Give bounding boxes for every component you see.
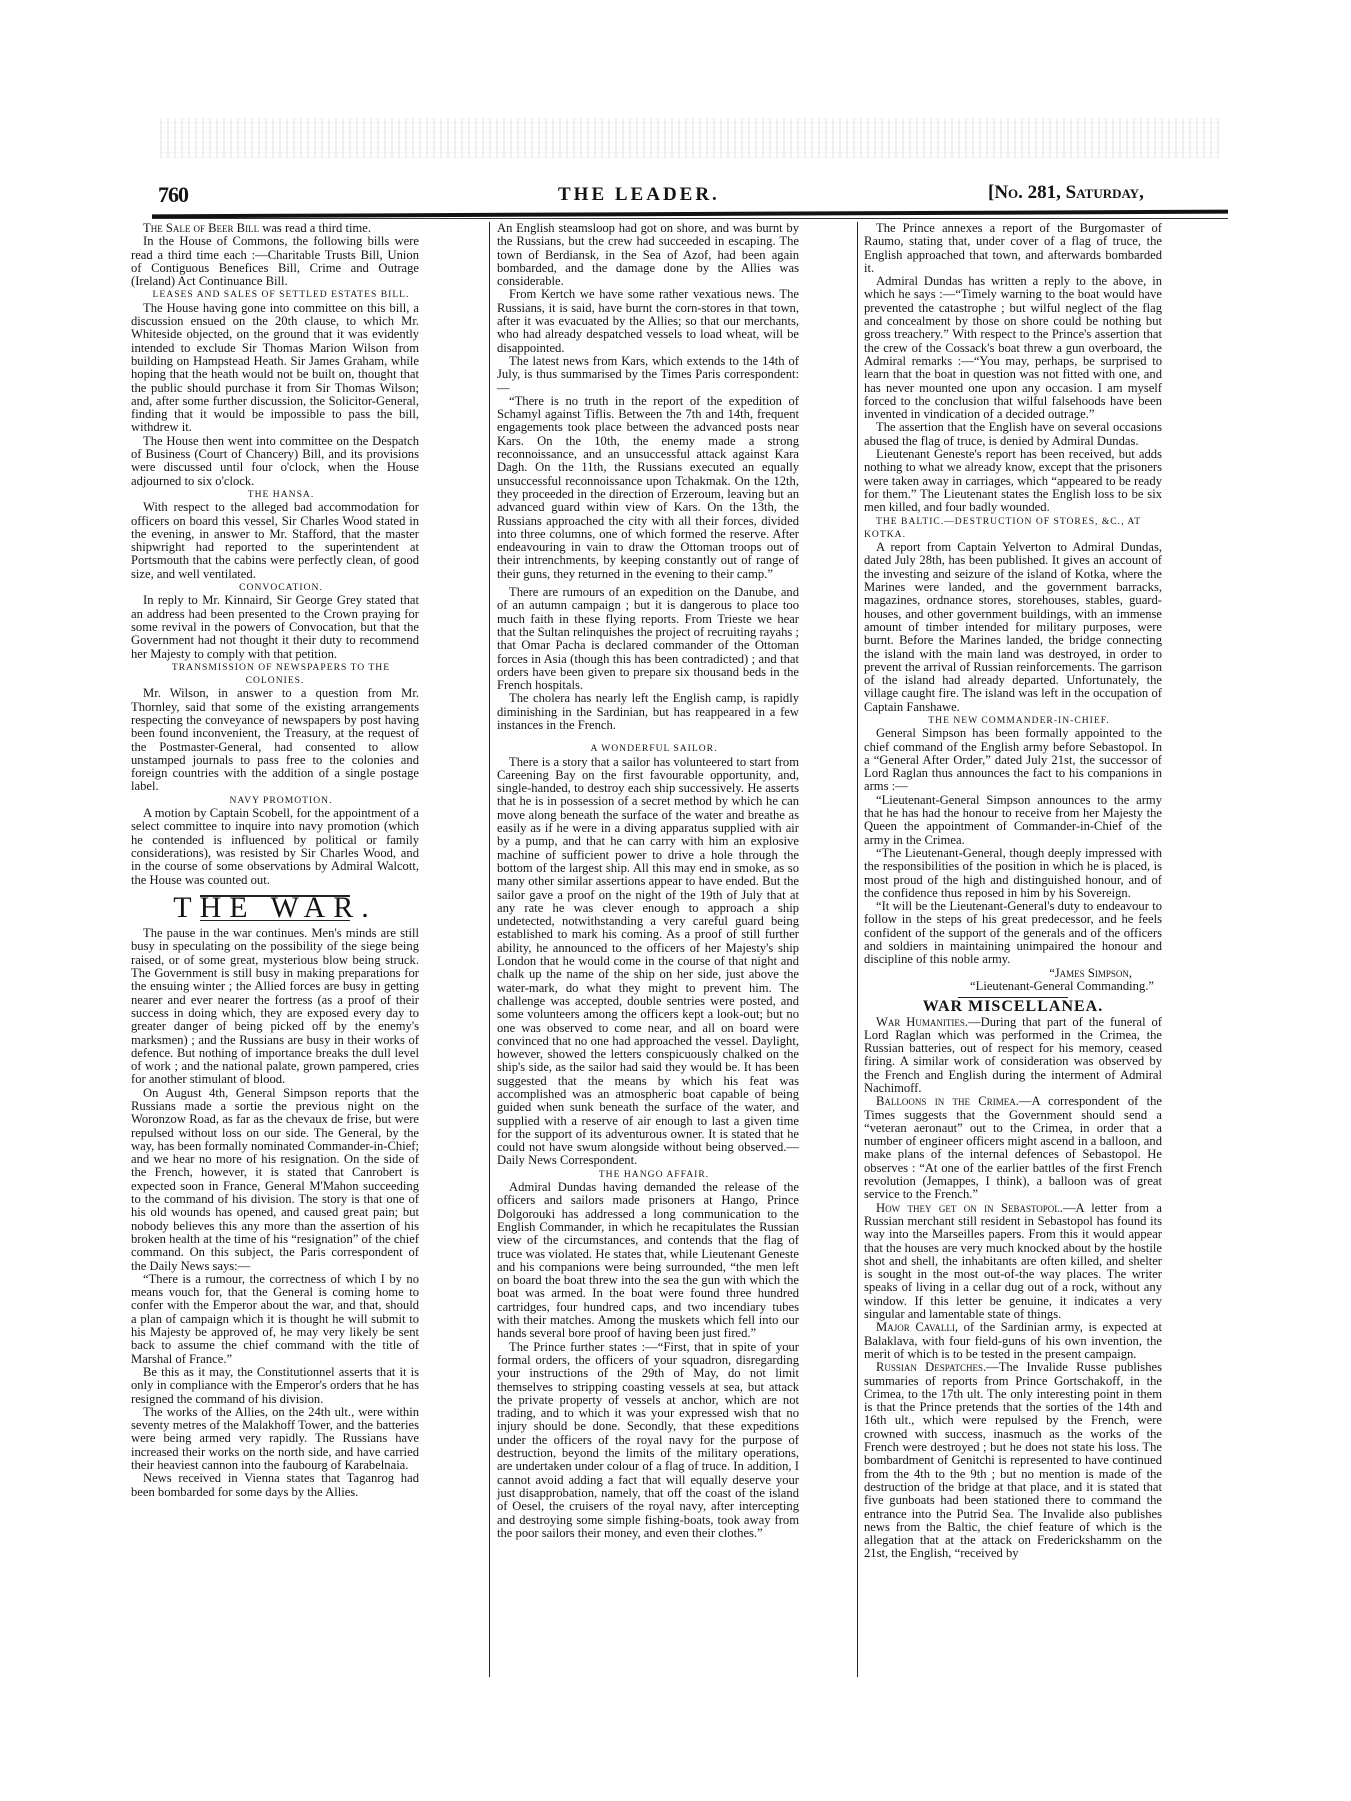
paragraph: The House then went into committee on th… (131, 435, 419, 488)
paragraph: The Sale of Beer Bill was read a third t… (131, 222, 419, 235)
masthead-rule-thin (152, 218, 1228, 219)
paragraph: The cholera has nearly left the English … (497, 692, 799, 732)
paragraph: Be this as it may, the Constitutionnel a… (131, 1366, 419, 1406)
paragraph: An English steamsloop had got on shore, … (497, 222, 799, 288)
paragraph: The Prince further states :—“First, that… (497, 1341, 799, 1540)
paragraph: News received in Vienna states that Taga… (131, 1472, 419, 1499)
quote: “There is no truth in the report of the … (497, 395, 799, 581)
issue-info: [No. 281, Saturday, (988, 182, 1144, 204)
column-divider (489, 222, 490, 1677)
section-heading: The Hango Affair. (497, 1168, 799, 1181)
quote: “There is a rumour, the correctness of w… (131, 1273, 419, 1366)
paragraph: General Simpson has been formally appoin… (864, 727, 1162, 793)
paragraph: There is a story that a sailor has volun… (497, 756, 799, 1168)
paragraph: On August 4th, General Simpson reports t… (131, 1087, 419, 1273)
paragraph: Lieutenant Geneste's report has been rec… (864, 448, 1162, 514)
misc-heading: WAR MISCELLANEA. (864, 1000, 1162, 1013)
paragraph: The works of the Allies, on the 24th ult… (131, 1406, 419, 1472)
paragraph: In the House of Commons, the following b… (131, 235, 419, 288)
paragraph: The pause in the war continues. Men's mi… (131, 927, 419, 1087)
paragraph: The House having gone into committee on … (131, 302, 419, 435)
paragraph: A motion by Captain Scobell, for the app… (131, 807, 419, 887)
paragraph: Balloons in the Crimea.—A correspondent … (864, 1095, 1162, 1201)
signature: “James Simpson, (864, 967, 1162, 980)
section-heading: The New Commander-in-Chief. (864, 714, 1162, 727)
section-heading: A Wonderful Sailor. (497, 742, 799, 755)
war-heading: THE WAR. (131, 901, 419, 914)
paragraph: Russian Despatches.—The Invalide Russe p… (864, 1361, 1162, 1560)
quote: “It will be the Lieutenant-General's dut… (864, 900, 1162, 966)
paragraph: A report from Captain Yelverton to Admir… (864, 541, 1162, 714)
paragraph: The latest news from Kars, which extends… (497, 355, 799, 395)
paragraph: How they get on in Sebastopol.—A letter … (864, 1202, 1162, 1322)
paragraph: With respect to the alleged bad accommod… (131, 501, 419, 581)
section-heading: Navy Promotion. (131, 794, 419, 807)
section-heading: Leases and Sales of Settled Estates Bill… (131, 288, 419, 301)
section-heading: Transmission of Newspapers to the Coloni… (131, 661, 419, 688)
section-heading: Convocation. (131, 581, 419, 594)
section-heading: The Baltic.—Destruction of Stores, &c., … (864, 515, 1162, 542)
paragraph: The assertion that the English have on s… (864, 421, 1162, 448)
paragraph: In reply to Mr. Kinnaird, Sir George Gre… (131, 594, 419, 660)
paragraph: Admiral Dundas having demanded the relea… (497, 1181, 799, 1341)
paragraph: War Humanities.—During that part of the … (864, 1016, 1162, 1096)
scan-noise (160, 118, 1220, 158)
paragraph: There are rumours of an expedition on th… (497, 586, 799, 692)
paper-title: THE LEADER. (558, 184, 720, 206)
quote: “The Lieutenant-General, though deeply i… (864, 847, 1162, 900)
paragraph: Mr. Wilson, in answer to a question from… (131, 687, 419, 793)
paragraph: Admiral Dundas has written a reply to th… (864, 275, 1162, 421)
signature-title: “Lieutenant-General Commanding.” (864, 980, 1162, 993)
paragraph: Major Cavalli, of the Sardinian army, is… (864, 1321, 1162, 1361)
paragraph: The Prince annexes a report of the Burgo… (864, 222, 1162, 275)
section-heading: The Hansa. (131, 488, 419, 501)
column-2: An English steamsloop had got on shore, … (497, 222, 799, 1540)
masthead: 760 THE LEADER. [No. 281, Saturday, (150, 180, 1230, 210)
column-1: The Sale of Beer Bill was read a third t… (131, 222, 419, 1499)
paragraph: From Kertch we have some rather vexatiou… (497, 288, 799, 354)
column-3: The Prince annexes a report of the Burgo… (864, 222, 1162, 1561)
column-divider (857, 222, 858, 1677)
quote: “Lieutenant-General Simpson announces to… (864, 794, 1162, 847)
page-number: 760 (158, 182, 188, 208)
